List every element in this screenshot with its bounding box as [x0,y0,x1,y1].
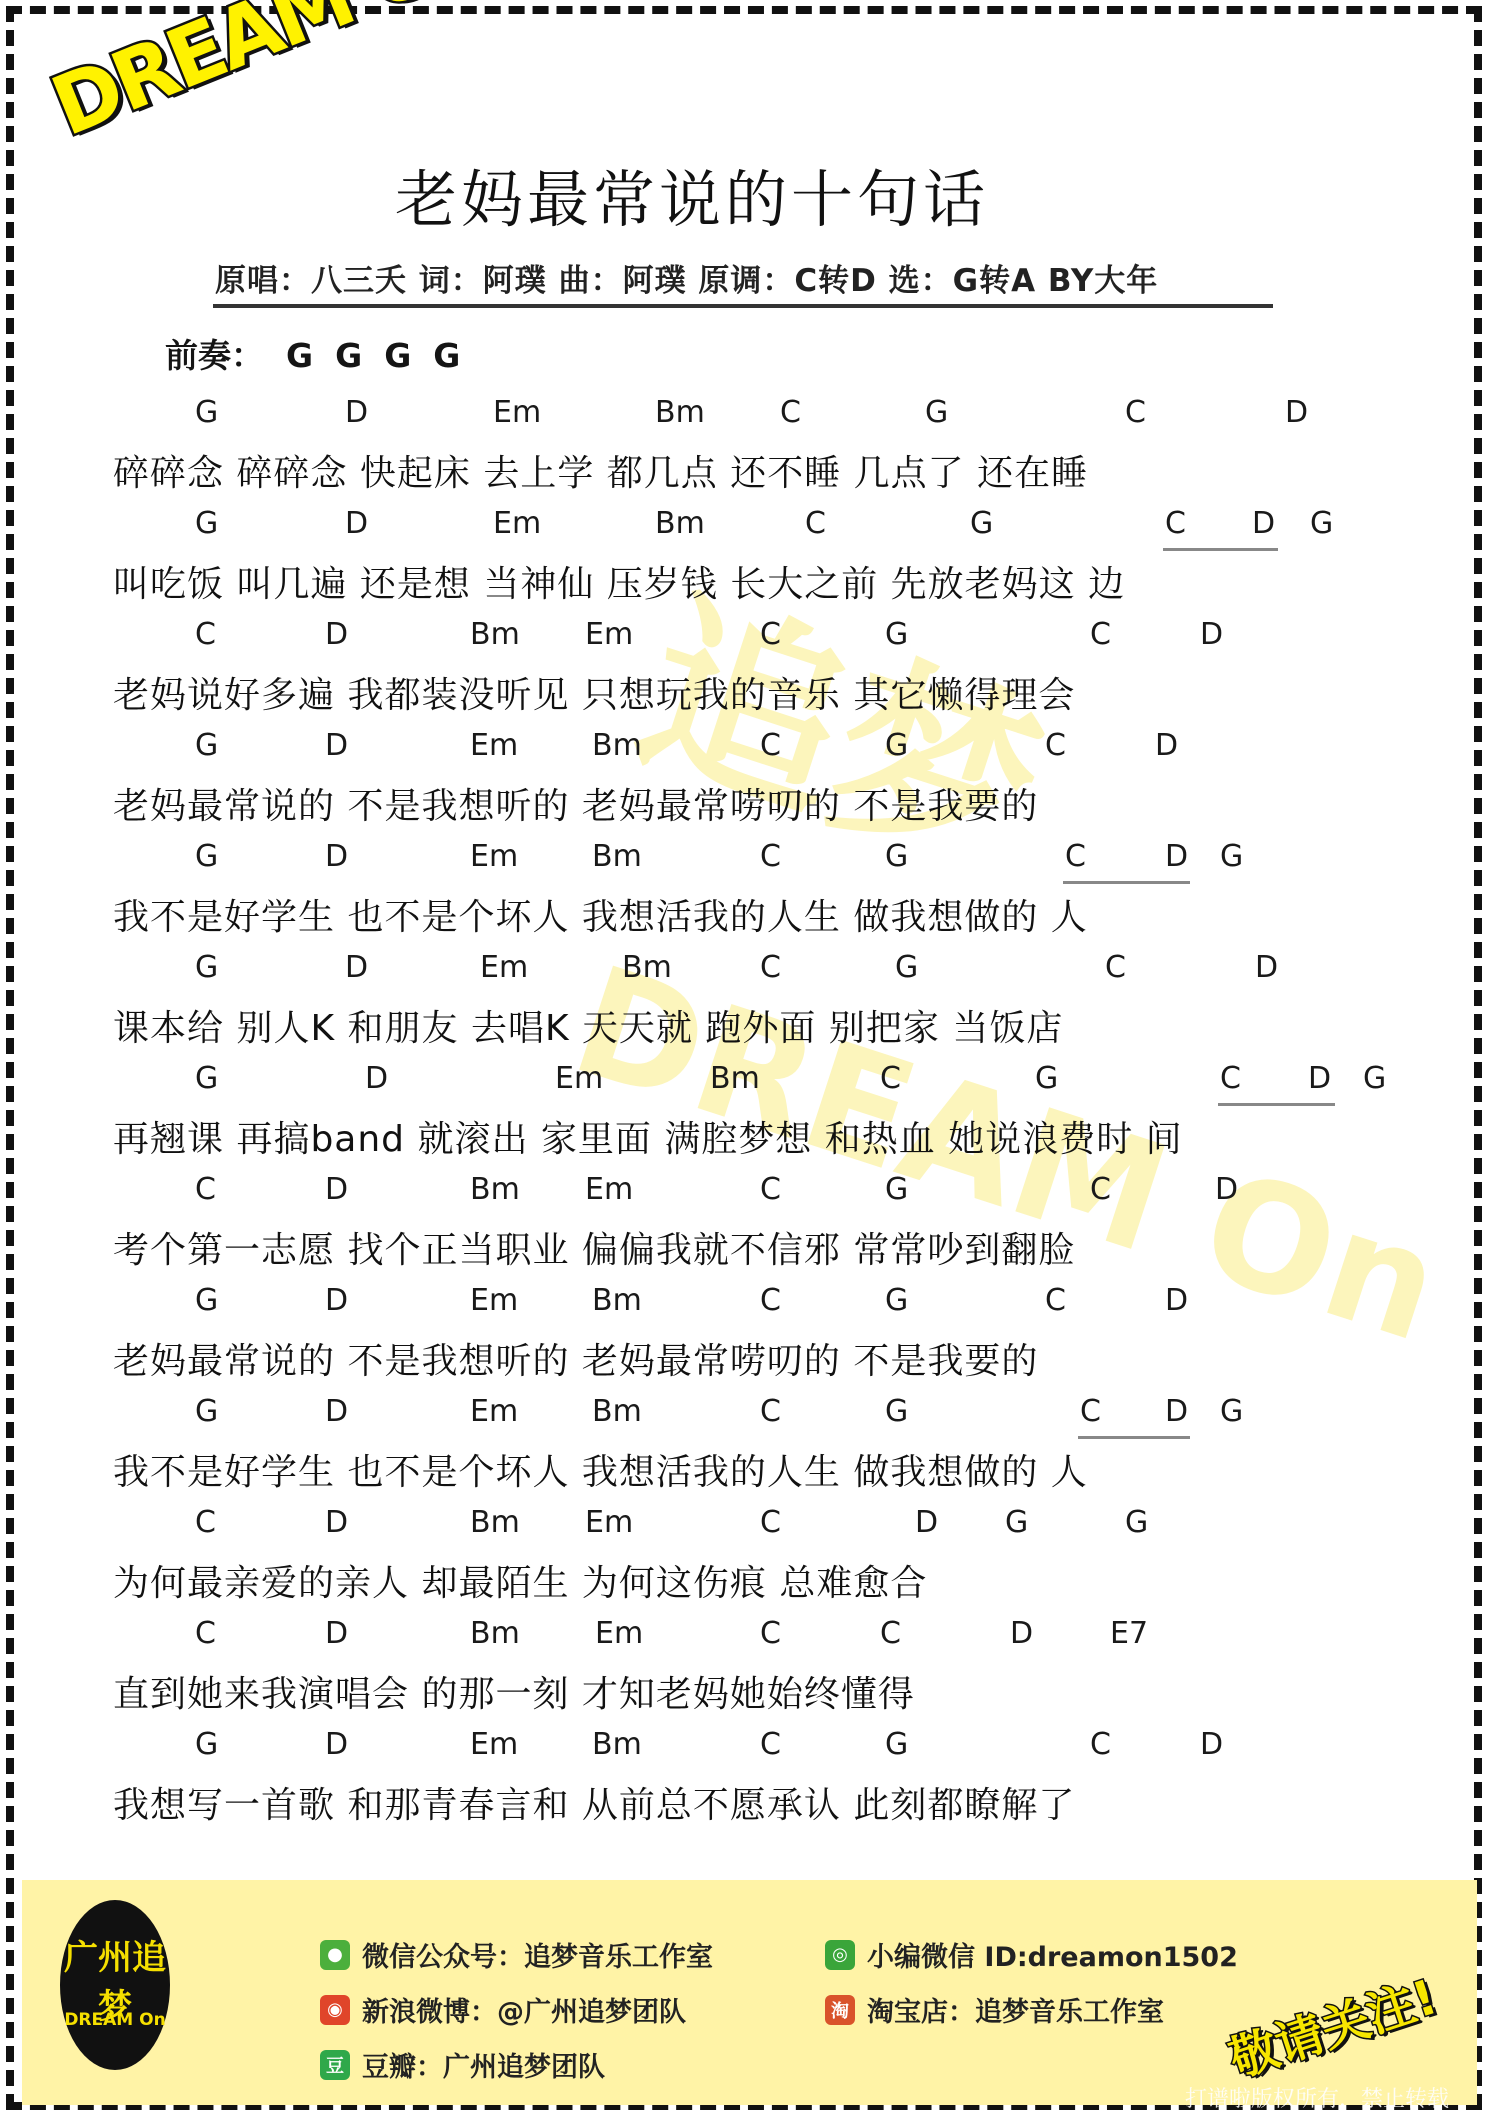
contact-item: 豆豆瓣：广州追梦团队 [320,2045,605,2084]
chord-label: G [1220,1394,1243,1429]
lyric-line: 我不是好学生 也不是个坏人 我想活我的人生 做我想做的 人 [113,889,1088,940]
chord-label: Em [585,1505,633,1540]
badge-bottom-text: DREAM On [60,2010,170,2030]
chord-label: E7 [1110,1616,1148,1651]
chord-label: D [1010,1616,1033,1651]
chord-label: D [1252,506,1275,541]
chord-label: G [1005,1505,1028,1540]
chord-label: G [195,506,218,541]
chord-label: Bm [592,1394,642,1429]
chord-label: G [925,395,948,430]
chord-label: C [760,617,781,652]
intro-chord: G [335,336,362,375]
chord-label: D [1165,1283,1188,1318]
chord-label: G [195,1727,218,1762]
chord-label: D [1285,395,1308,430]
chord-label: G [195,950,218,985]
lyric-line: 为何最亲爱的亲人 却最陌生 为何这伤痕 总难愈合 [113,1555,927,1606]
chord-label: C [880,1616,901,1651]
chord-label: Bm [592,1727,642,1762]
chord-label: C [1090,617,1111,652]
chord-label: D [1215,1172,1238,1207]
chord-label: D [345,950,368,985]
lyric-line: 课本给 别人K 和朋友 去唱K 天天就 跑外面 别把家 当饭店 [113,1000,1063,1051]
chord-label: G [1363,1061,1386,1096]
chord-label: C [780,395,801,430]
chord-label: Bm [710,1061,760,1096]
chord-label: C [1220,1061,1241,1096]
contact-text: 豆瓣：广州追梦团队 [362,2045,605,2084]
chord-label: D [325,1505,348,1540]
chord-label: C [1105,950,1126,985]
chord-label: C [1090,1727,1111,1762]
chord-label: D [325,1283,348,1318]
chord-label: D [1255,950,1278,985]
chord-label: Em [480,950,528,985]
chord-label: G [195,1394,218,1429]
chord-label: C [1125,395,1146,430]
lyric-line: 叫吃饭 叫几遍 还是想 当神仙 压岁钱 长大之前 先放老妈这 边 [113,556,1125,607]
intro-chord: G [384,336,411,375]
contact-item: ◉新浪微博：@广州追梦团队 [320,1990,686,2029]
lyric-line: 直到她来我演唱会 的那一刻 才知老妈她始终懂得 [113,1666,915,1717]
chord-label: G [885,617,908,652]
chord-label: C [195,1172,216,1207]
song-meta: 原唱：八三夭 词：阿璞 曲：阿璞 原调：C转D 选：G转A BY大年 [215,255,1158,300]
contact-text: 淘宝店：追梦音乐工作室 [867,1990,1164,2029]
chord-label: C [195,617,216,652]
chord-label: G [1310,506,1333,541]
chord-label: C [760,1172,781,1207]
chord-label: G [895,950,918,985]
chord-label: Em [470,1727,518,1762]
chord-label: C [760,839,781,874]
chord-label: C [760,1283,781,1318]
chord-label: G [885,1283,908,1318]
chord-label: Em [470,1283,518,1318]
chord-label: D [345,506,368,541]
song-title: 老妈最常说的十句话 [395,150,989,239]
contact-text: 小编微信 ID:dreamon1502 [867,1935,1238,1974]
chord-label: Em [493,395,541,430]
chord-label: D [915,1505,938,1540]
chord-label: Bm [470,1616,520,1651]
contact-item: ◎小编微信 ID:dreamon1502 [825,1935,1238,1974]
chord-label: Bm [655,506,705,541]
chord-label: D [1308,1061,1331,1096]
intro-chord: G [286,336,313,375]
chord-label: C [195,1505,216,1540]
intro-label: 前奏： [165,336,264,375]
copyright-notice: 打谱啦版权所有，禁止转载 [1185,2082,1449,2113]
contact-text: 新浪微博：@广州追梦团队 [362,1990,686,2029]
chord-label: Bm [622,950,672,985]
chord-label: G [1220,839,1243,874]
weibo-icon: ◉ [320,1995,350,2025]
chord-label: Em [585,617,633,652]
chord-label: D [1165,1394,1188,1429]
lyric-line: 我想写一首歌 和那青春言和 从前总不愿承认 此刻都瞭解了 [113,1777,1075,1828]
chord-label: C [1045,728,1066,763]
chord-label: G [885,728,908,763]
chord-label: C [195,1616,216,1651]
lyric-line: 再翘课 再搞band 就滚出 家里面 满腔梦想 和热血 她说浪费时 间 [113,1111,1183,1162]
chord-label: C [805,506,826,541]
chord-label: Bm [470,617,520,652]
chord-label: C [1090,1172,1111,1207]
lyric-line: 老妈说好多遍 我都装没听见 只想玩我的音乐 其它懒得理会 [113,667,1075,718]
chord-label: G [195,1061,218,1096]
chord-label: D [345,395,368,430]
lyric-line: 我不是好学生 也不是个坏人 我想活我的人生 做我想做的 人 [113,1444,1088,1495]
chord-label: G [885,1394,908,1429]
chord-tie-underline [1218,1103,1335,1106]
chord-label: G [195,1283,218,1318]
chord-label: G [970,506,993,541]
taobao-icon: 淘 [825,1995,855,2025]
chord-label: Bm [470,1505,520,1540]
chord-label: Em [470,1394,518,1429]
chord-label: C [760,1394,781,1429]
chord-label: Bm [592,839,642,874]
contact-item: ●微信公众号：追梦音乐工作室 [320,1935,713,1974]
chord-label: C [760,728,781,763]
chord-label: Em [595,1616,643,1651]
lyric-line: 碎碎念 碎碎念 快起床 去上学 都几点 还不睡 几点了 还在睡 [113,445,1088,496]
chord-label: Bm [470,1172,520,1207]
chord-label: C [1065,839,1086,874]
chord-label: D [1200,617,1223,652]
douban-icon: 豆 [320,2050,350,2080]
chord-label: G [195,395,218,430]
chord-label: G [885,839,908,874]
chord-label: G [1125,1505,1148,1540]
chord-label: D [325,839,348,874]
chord-label: D [325,1394,348,1429]
chord-label: C [760,1727,781,1762]
chord-label: D [325,1172,348,1207]
chord-label: Em [585,1172,633,1207]
studio-badge: 广州追梦 DREAM On [60,1900,170,2070]
chord-label: G [885,1172,908,1207]
intro-chord: G [433,336,460,375]
chord-label: C [760,950,781,985]
chord-label: G [1035,1061,1058,1096]
chord-label: D [325,728,348,763]
contact-item: 淘淘宝店：追梦音乐工作室 [825,1990,1164,2029]
intro-line: 前奏：GGGG [165,330,482,377]
chord-label: D [325,1727,348,1762]
wechat-official-icon: ● [320,1940,350,1970]
chord-tie-underline [1163,548,1278,551]
lyric-line: 考个第一志愿 找个正当职业 偏偏我就不信邪 常常吵到翻脸 [113,1222,1075,1273]
chord-label: G [885,1727,908,1762]
contact-text: 微信公众号：追梦音乐工作室 [362,1935,713,1974]
chord-label: D [1200,1727,1223,1762]
chord-label: C [1165,506,1186,541]
chord-label: C [1045,1283,1066,1318]
chord-tie-underline [1078,1436,1190,1439]
wechat-icon: ◎ [825,1940,855,1970]
chord-label: C [1080,1394,1101,1429]
chord-label: D [1155,728,1178,763]
chord-label: D [325,617,348,652]
chord-label: C [880,1061,901,1096]
chord-label: Em [493,506,541,541]
meta-divider [213,304,1273,308]
chord-label: Em [555,1061,603,1096]
chord-label: Bm [592,1283,642,1318]
chord-label: G [195,728,218,763]
lyric-line: 老妈最常说的 不是我想听的 老妈最常唠叨的 不是我要的 [113,1333,1038,1384]
chord-label: D [365,1061,388,1096]
chord-label: D [1165,839,1188,874]
chord-label: Bm [592,728,642,763]
chord-label: Em [470,839,518,874]
chord-label: Bm [655,395,705,430]
chord-label: Em [470,728,518,763]
chord-label: C [760,1616,781,1651]
chord-label: D [325,1616,348,1651]
lyric-line: 老妈最常说的 不是我想听的 老妈最常唠叨的 不是我要的 [113,778,1038,829]
chord-label: G [195,839,218,874]
chord-label: C [760,1505,781,1540]
chord-tie-underline [1063,881,1190,884]
